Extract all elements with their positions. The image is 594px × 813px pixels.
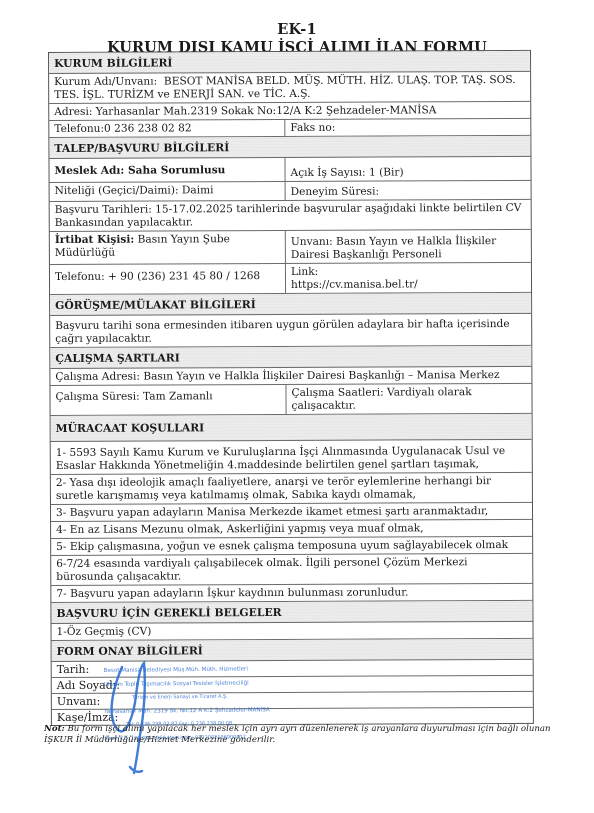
section-header-muracaat: MÜRACAAT KOŞULLARI xyxy=(51,414,532,442)
section-header-belgeler: BAŞVURU İÇİN GEREKLİ BELGELER xyxy=(51,601,532,624)
institution-fax: Faks no: xyxy=(285,119,530,136)
work-schedule-row: Çalışma Süresi: Tam Zamanlı Çalışma Saat… xyxy=(50,384,531,416)
footnote-label: Not: xyxy=(44,724,65,734)
institution-address: Adresi: Yarhasanlar Mah.2319 Sokak No:12… xyxy=(49,102,530,120)
approval-date-label: Tarih: xyxy=(52,660,533,677)
work-address-row: Çalışma Adresi: Basın Yayın ve Halkla İl… xyxy=(50,367,531,386)
work-duration: Çalışma Süresi: Tam Zamanlı xyxy=(50,385,286,415)
position-nature: Niteliği (Geçici/Daimi): Daimi xyxy=(50,182,286,201)
contact-person-label: İrtibat Kişisi: xyxy=(55,234,134,246)
condition-item: 4- En az Lisans Mezunu olmak, Askerliğin… xyxy=(51,520,532,539)
institution-address-row: Adresi: Yarhasanlar Mah.2319 Sokak No:12… xyxy=(49,102,530,121)
approval-name-label: Adı Soyadı: xyxy=(52,676,533,693)
approval-seal-row: Kaşe/İmza: xyxy=(52,708,533,725)
occupation-row: Meslek Adı: Saha Sorumlusu Açık İş Sayıs… xyxy=(49,157,530,183)
interview-info: Başvuru tarihi sona ermesinden itibaren … xyxy=(50,314,531,347)
contact-phone: Telefonu: + 90 (236) 231 45 80 / 1268 xyxy=(50,264,286,294)
approval-seal-label: Kaşe/İmza: xyxy=(52,708,533,725)
announcement-form-table: KURUM BİLGİLERİ Kurum Adı/Unvanı: BESOT … xyxy=(48,50,534,726)
contact-title: Unvanı: Basın Yayın ve Halkla İlişkiler … xyxy=(286,230,531,263)
condition-item: 1- 5593 Sayılı Kamu Kurum ve Kuruluşları… xyxy=(51,440,532,475)
open-positions: Açık İş Sayısı: 1 (Bir) xyxy=(285,157,530,181)
condition-item: 2- Yasa dışı ideolojik amaçlı faaliyetle… xyxy=(51,473,532,505)
work-hours: Çalışma Saatleri: Vardiyalı olarak çalış… xyxy=(286,384,531,414)
institution-phone: Telefonu:0 236 238 02 82 xyxy=(49,120,285,137)
section-header-calisma: ÇALIŞMA ŞARTLARI xyxy=(50,346,531,369)
application-dates: Başvuru Tarihleri: 15-17.02.2025 tarihle… xyxy=(50,200,531,231)
annex-label: EK-1 xyxy=(0,22,594,38)
condition-item: 7- Başvuru yapan adayların İşkur kaydını… xyxy=(51,584,532,603)
cv-bank-link[interactable]: https://cv.manisa.bel.tr/ xyxy=(291,278,526,292)
experience-duration: Deneyim Süresi: xyxy=(286,181,531,200)
institution-name-label: Kurum Adı/Unvanı: xyxy=(54,76,157,88)
institution-contact-row: Telefonu:0 236 238 02 82 Faks no: xyxy=(49,119,530,138)
section-header-kurum: KURUM BİLGİLERİ xyxy=(49,51,530,74)
contact-phone-row: Telefonu: + 90 (236) 231 45 80 / 1268 Li… xyxy=(50,263,531,295)
footnote: Not: Bu form işçi alımı yapılacak her me… xyxy=(44,724,564,746)
link-label: Link: xyxy=(291,265,526,279)
approval-title-label: Unvanı: xyxy=(52,692,533,709)
section-header-talep: TALEP/BAŞVURU BİLGİLERİ xyxy=(49,136,530,159)
institution-name-row: Kurum Adı/Unvanı: BESOT MANİSA BELD. MÜŞ… xyxy=(49,72,530,104)
condition-item: 3- Başvuru yapan adayların Manisa Merkez… xyxy=(51,503,532,522)
application-dates-row: Başvuru Tarihleri: 15-17.02.2025 tarihle… xyxy=(50,200,531,232)
work-address: Çalışma Adresi: Basın Yayın ve Halkla İl… xyxy=(50,367,531,385)
required-document-item: 1-Öz Geçmiş (CV) xyxy=(51,622,532,641)
contact-person-row: İrtibat Kişisi: Basın Yayın Şube Müdürlü… xyxy=(50,230,531,265)
nature-row: Niteliği (Geçici/Daimi): Daimi Deneyim S… xyxy=(50,181,531,202)
section-header-onay: FORM ONAY BİLGİLERİ xyxy=(52,639,533,662)
interview-info-row: Başvuru tarihi sona ermesinden itibaren … xyxy=(50,314,531,348)
occupation-name: Meslek Adı: Saha Sorumlusu xyxy=(49,158,285,182)
condition-item: 6-7/24 esasında vardiyalı çalışabilecek … xyxy=(51,554,532,586)
section-header-gorusme: GÖRÜŞME/MÜLAKAT BİLGİLERİ xyxy=(50,293,531,316)
footnote-text: Bu form işçi alımı yapılacak her meslek … xyxy=(44,724,551,745)
condition-item: 5- Ekip çalışmasına, yoğun ve esnek çalı… xyxy=(51,537,532,556)
